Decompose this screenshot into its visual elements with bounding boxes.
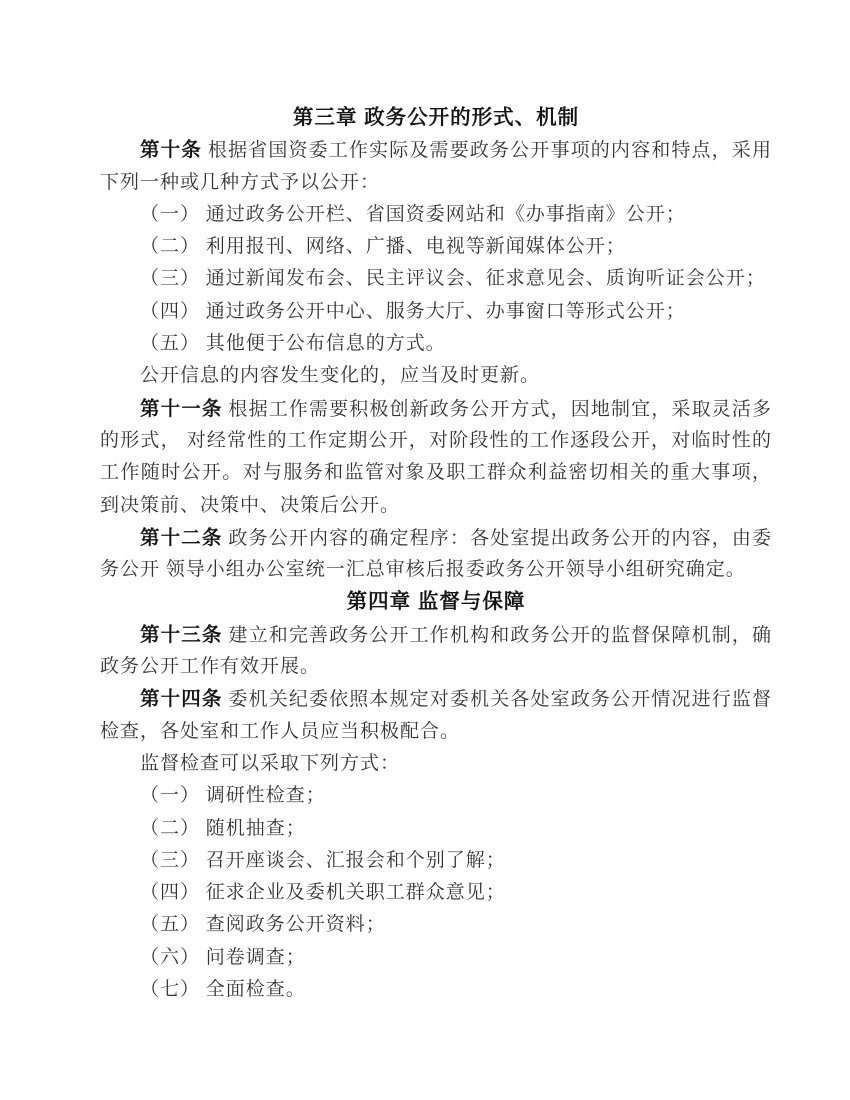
list-item-line: （一） 调研性检查； [100, 780, 772, 812]
article-paragraph-line: 第十三条 建立和完善政务公开工作机构和政务公开的监督保障机制，确保 [100, 619, 772, 651]
article-number: 第十一条 [140, 398, 223, 420]
article-paragraph-line: 第十一条 根据工作需要积极创新政务公开方式，因地制宜，采取灵活多样 [100, 393, 772, 425]
list-item-line: （六） 问卷调查； [100, 942, 772, 974]
paragraph-continuation-line: 务公开 领导小组办公室统一汇总审核后报委政务公开领导小组研究确定。 [100, 554, 772, 586]
paragraph-line: 监督检查可以采取下列方式： [100, 748, 772, 780]
article-paragraph-line: 第十四条 委机关纪委依照本规定对委机关各处室政务公开情况进行监督 [100, 683, 772, 715]
list-item-line: （一） 通过政务公开栏、省国资委网站和《办事指南》公开； [100, 199, 772, 231]
list-item-line: （四） 征求企业及委机关职工群众意见； [100, 877, 772, 909]
article-paragraph-line: 第十条 根据省国资委工作实际及需要政务公开事项的内容和特点，采用 [100, 134, 772, 166]
list-item-line: （五） 查阅政务公开资料； [100, 909, 772, 941]
chapter-heading: 第四章 监督与保障 [100, 586, 772, 618]
list-item-line: （二） 利用报刊、网络、广播、电视等新闻媒体公开； [100, 231, 772, 263]
list-item-line: （二） 随机抽查； [100, 813, 772, 845]
paragraph-continuation-line: 工作随时公开。对与服务和监管对象及职工群众利益密切相关的重大事项，做 [100, 457, 772, 489]
list-item-line: （五） 其他便于公布信息的方式。 [100, 328, 772, 360]
article-number: 第十四条 [140, 688, 223, 710]
list-item-line: （四） 通过政务公开中心、服务大厅、办事窗口等形式公开； [100, 296, 772, 328]
paragraph-continuation-line: 到决策前、决策中、决策后公开。 [100, 490, 772, 522]
document-page: 第三章 政务公开的形式、机制第十条 根据省国资委工作实际及需要政务公开事项的内容… [0, 0, 850, 1100]
article-number: 第十条 [140, 139, 202, 161]
paragraph-continuation-line: 下列一种或几种方式予以公开： [100, 167, 772, 199]
article-number: 第十二条 [140, 527, 223, 549]
paragraph-continuation-line: 政务公开工作有效开展。 [100, 651, 772, 683]
article-paragraph-line: 第十二条 政务公开内容的确定程序：各处室提出政务公开的内容，由委政 [100, 522, 772, 554]
paragraph-line: 公开信息的内容发生变化的，应当及时更新。 [100, 360, 772, 392]
chapter-heading: 第三章 政务公开的形式、机制 [100, 102, 772, 134]
paragraph-continuation-line: 的形式， 对经常性的工作定期公开，对阶段性的工作逐段公开，对临时性的 [100, 425, 772, 457]
paragraph-continuation-line: 检查，各处室和工作人员应当积极配合。 [100, 716, 772, 748]
list-item-line: （七） 全面检查。 [100, 974, 772, 1006]
list-item-line: （三） 召开座谈会、汇报会和个别了解； [100, 845, 772, 877]
article-number: 第十三条 [140, 624, 223, 646]
document-content: 第三章 政务公开的形式、机制第十条 根据省国资委工作实际及需要政务公开事项的内容… [100, 102, 772, 1006]
list-item-line: （三） 通过新闻发布会、民主评议会、征求意见会、质询听证会公开； [100, 263, 772, 295]
